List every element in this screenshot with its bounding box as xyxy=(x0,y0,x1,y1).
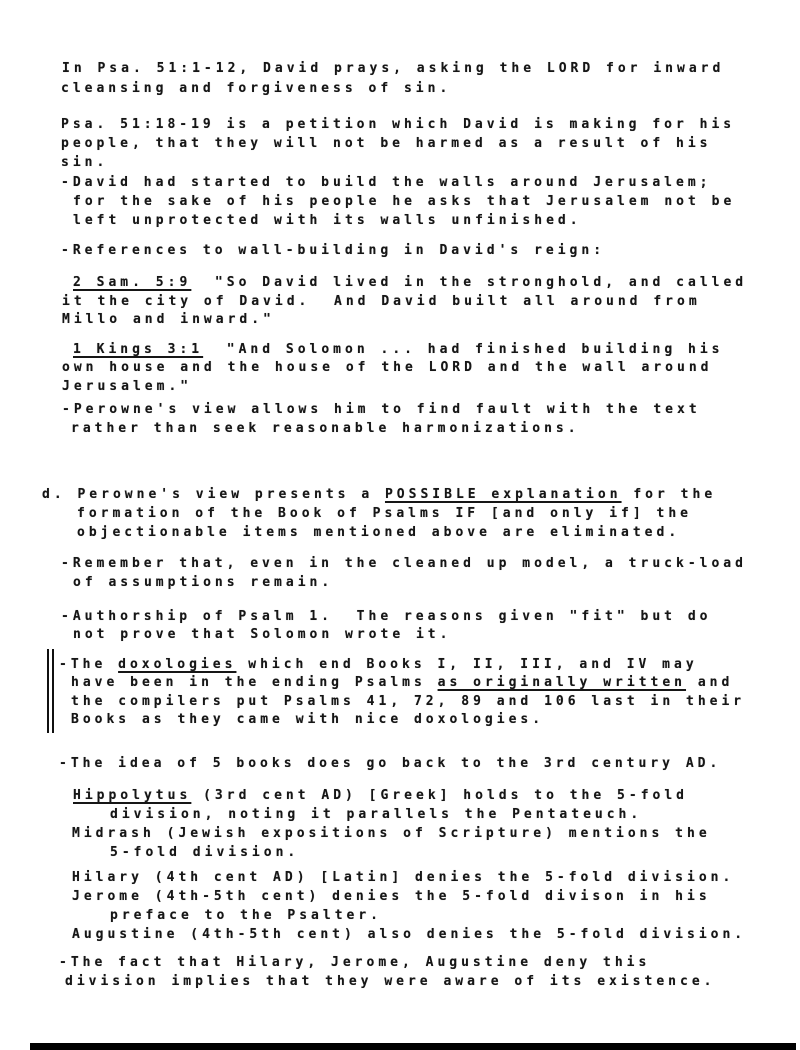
margin-emphasis-bar xyxy=(47,649,49,733)
text-line: sin. xyxy=(61,155,108,171)
text-run: division implies that they were aware of… xyxy=(65,974,715,989)
margin-emphasis-bar xyxy=(52,649,54,733)
text-run: 5-fold division. xyxy=(110,845,299,860)
text-run: preface to the Psalter. xyxy=(110,908,382,923)
text-run: -Remember that, even in the cleaned up m… xyxy=(61,556,747,571)
text-line: of assumptions remain. xyxy=(73,575,333,591)
text-line: the compilers put Psalms 41, 72, 89 and … xyxy=(71,694,745,710)
text-line: -Authorship of Psalm 1. The reasons give… xyxy=(61,609,711,625)
text-line: left unprotected with its walls unfinish… xyxy=(73,213,582,229)
text-run: and xyxy=(686,675,733,690)
text-run: Books as they came with nice doxologies. xyxy=(71,712,544,727)
text-run: rather than seek reasonable harmonizatio… xyxy=(71,421,580,436)
text-run: Jerusalem." xyxy=(62,379,192,394)
text-run: formation of the Book of Psalms IF [and … xyxy=(77,506,692,521)
text-run: cleansing and forgiveness of sin. xyxy=(61,81,451,96)
text-line: Hippolytus (3rd cent AD) [Greek] holds t… xyxy=(73,788,688,804)
text-run: Hilary (4th cent AD) [Latin] denies the … xyxy=(72,870,734,885)
text-line: division, noting it parallels the Pentat… xyxy=(110,807,642,823)
underlined-text: POSSIBLE explanation xyxy=(385,487,622,502)
text-run: In Psa. 51:1-12, David prays, asking the… xyxy=(62,61,724,76)
text-line: -The doxologies which end Books I, II, I… xyxy=(59,657,698,673)
text-line: preface to the Psalter. xyxy=(110,908,382,924)
text-line: division implies that they were aware of… xyxy=(65,974,715,990)
text-run: not prove that Solomon wrote it. xyxy=(73,627,451,642)
text-run: -The idea of 5 books does go back to the… xyxy=(59,756,721,771)
text-run: -David had started to build the walls ar… xyxy=(61,175,711,190)
text-run: objectionable items mentioned above are … xyxy=(77,525,680,540)
text-line: not prove that Solomon wrote it. xyxy=(73,627,451,643)
text-line: formation of the Book of Psalms IF [and … xyxy=(77,506,692,522)
text-line: own house and the house of the LORD and … xyxy=(62,360,712,376)
text-line: objectionable items mentioned above are … xyxy=(77,525,680,541)
text-run: which end Books I, II, III, and IV may xyxy=(236,657,697,672)
scan-edge-artifact xyxy=(30,1043,796,1050)
text-line: cleansing and forgiveness of sin. xyxy=(61,81,451,97)
underlined-text: doxologies xyxy=(118,657,236,672)
text-line: -David had started to build the walls ar… xyxy=(61,175,711,191)
text-run: Augustine (4th-5th cent) also denies the… xyxy=(72,927,746,942)
text-run: left unprotected with its walls unfinish… xyxy=(73,213,582,228)
text-line: people, that they will not be harmed as … xyxy=(61,136,711,152)
text-run: -Perowne's view allows him to find fault… xyxy=(62,402,701,417)
text-run: people, that they will not be harmed as … xyxy=(61,136,711,151)
text-line: In Psa. 51:1-12, David prays, asking the… xyxy=(62,61,724,77)
underlined-text: Hippolytus xyxy=(73,788,191,803)
text-run: d. Perowne's view presents a xyxy=(42,487,385,502)
text-run: for the xyxy=(622,487,717,502)
text-line: Psa. 51:18-19 is a petition which David … xyxy=(61,117,735,133)
text-line: -The idea of 5 books does go back to the… xyxy=(59,756,721,772)
text-run: -Authorship of Psalm 1. The reasons give… xyxy=(61,609,711,624)
text-line: d. Perowne's view presents a POSSIBLE ex… xyxy=(42,487,716,503)
text-line: Midrash (Jewish expositions of Scripture… xyxy=(72,826,711,842)
text-line: 5-fold division. xyxy=(110,845,299,861)
text-run: "And Solomon ... had finished building h… xyxy=(203,342,723,357)
text-line: rather than seek reasonable harmonizatio… xyxy=(71,421,580,437)
text-run: it the city of David. And David built al… xyxy=(62,294,701,309)
text-line: Books as they came with nice doxologies. xyxy=(71,712,544,728)
text-run: -The xyxy=(59,657,118,672)
text-line: -References to wall-building in David's … xyxy=(61,243,605,259)
text-line: Hilary (4th cent AD) [Latin] denies the … xyxy=(72,870,734,886)
text-run: own house and the house of the LORD and … xyxy=(62,360,712,375)
text-line: for the sake of his people he asks that … xyxy=(73,194,735,210)
text-run: sin. xyxy=(61,155,108,170)
text-line: -The fact that Hilary, Jerome, Augustine… xyxy=(59,955,650,971)
text-run: -The fact that Hilary, Jerome, Augustine… xyxy=(59,955,650,970)
text-line: have been in the ending Psalms as origin… xyxy=(71,675,733,691)
text-run: the compilers put Psalms 41, 72, 89 and … xyxy=(71,694,745,709)
text-run: Millo and inward." xyxy=(62,312,275,327)
text-line: it the city of David. And David built al… xyxy=(62,294,701,310)
text-line: Millo and inward." xyxy=(62,312,275,328)
underlined-text: as originally written xyxy=(438,675,686,690)
text-run: Midrash (Jewish expositions of Scripture… xyxy=(72,826,711,841)
underlined-text: 2 Sam. 5:9 xyxy=(73,275,191,290)
text-line: 1 Kings 3:1 "And Solomon ... had finishe… xyxy=(73,342,723,358)
text-line: -Remember that, even in the cleaned up m… xyxy=(61,556,747,572)
text-run: -References to wall-building in David's … xyxy=(61,243,605,258)
text-run: Psa. 51:18-19 is a petition which David … xyxy=(61,117,735,132)
text-run: (3rd cent AD) [Greek] holds to the 5-fol… xyxy=(191,788,688,803)
scanned-document-page: In Psa. 51:1-12, David prays, asking the… xyxy=(0,0,800,1050)
text-line: Jerusalem." xyxy=(62,379,192,395)
text-run: division, noting it parallels the Pentat… xyxy=(110,807,642,822)
text-line: Augustine (4th-5th cent) also denies the… xyxy=(72,927,746,943)
text-run: "So David lived in the stronghold, and c… xyxy=(191,275,747,290)
text-line: 2 Sam. 5:9 "So David lived in the strong… xyxy=(73,275,747,291)
text-line: -Perowne's view allows him to find fault… xyxy=(62,402,701,418)
text-run: of assumptions remain. xyxy=(73,575,333,590)
text-run: Jerome (4th-5th cent) denies the 5-fold … xyxy=(72,889,711,904)
text-run: have been in the ending Psalms xyxy=(71,675,438,690)
text-run: for the sake of his people he asks that … xyxy=(73,194,735,209)
underlined-text: 1 Kings 3:1 xyxy=(73,342,203,357)
text-line: Jerome (4th-5th cent) denies the 5-fold … xyxy=(72,889,711,905)
